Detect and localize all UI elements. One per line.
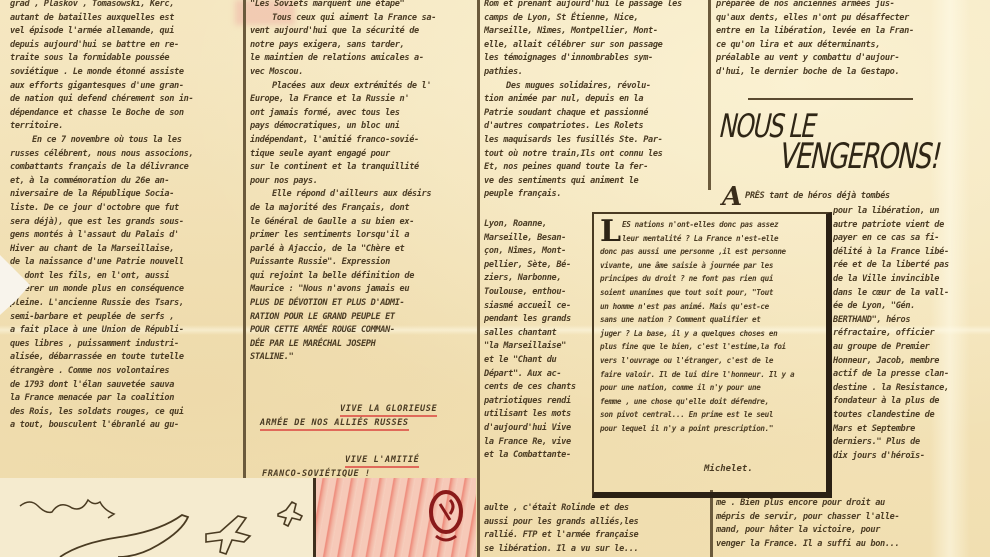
text-line: d'autres compatriotes. Les Rolets [484, 120, 706, 134]
text-line: de 1793 dont l'élan sauvetée sauva [10, 379, 242, 393]
column-4-text: préparée de nos anciennes armées jus-qu'… [716, 0, 926, 88]
text-line: DÉE PAR LE MARÉCHAL JOSEPH [250, 338, 475, 352]
column-rule [477, 0, 480, 557]
text-line: vec Moscou. [250, 66, 475, 80]
column-4-bottom-text: me . Bien plus encore pour droit aumépri… [716, 497, 931, 557]
text-line: ziers, Narbonne, [484, 272, 588, 286]
text-line: toutes clandestine de [833, 409, 958, 423]
text-line: "Les Soviets marquent une étape" [250, 0, 475, 12]
text-line: En ce 7 novembre où tous la les [10, 134, 242, 148]
text-line: femme , une chose qu'elle doit défendre, [600, 395, 822, 409]
text-line: Des mugues solidaires, révolu- [484, 80, 706, 94]
slogan-line: VIVE L'AMITIÉ [345, 455, 419, 468]
text-line: Rom et prenant aujourd'hui le passage le… [484, 0, 706, 12]
column-rule [708, 0, 711, 190]
headline-line-2: VENGERONS! [776, 137, 945, 178]
text-line: tique seule ayant engagé pour [250, 148, 475, 162]
text-line: pour nos pays. [250, 175, 475, 189]
text-line: sur le continent et la tranquillité [250, 161, 475, 175]
text-line: rée et de la liberté pas [833, 259, 958, 273]
column-3-narrow-text: Lyon, Roanne,Marseille, Besan-çon, Nîmes… [484, 218, 588, 478]
text-line: d'aujourd'hui Vive [484, 422, 588, 436]
text-line: au groupe de Premier [833, 341, 958, 355]
text-line: ques libres , puissamment industri- [10, 338, 242, 352]
text-line: PRÈS tant de héros déjà tombés [745, 190, 935, 204]
column-4-right-text: pour la libération, unautre patriote vie… [833, 205, 958, 490]
text-line: et, à la commémoration du 26e an- [10, 175, 242, 189]
text-line: la France menacée par la coalition [10, 392, 242, 406]
text-line: libérer un monde plus en conséquence [10, 283, 242, 297]
text-line: de la majorité des Français, dont [250, 202, 475, 216]
text-line: niversaire de la République Socia- [10, 188, 242, 202]
text-line: a tout, bousculent l'ébranlé au gu- [10, 419, 242, 433]
text-line: me . Bien plus encore pour droit au [716, 497, 931, 511]
text-line: préalable au vent y combattu d'aujour- [716, 52, 926, 66]
text-line: son pivot central... En prime est le seu… [600, 408, 822, 422]
column-3-bottom-text: aulte , c'était Rolinde et desaussi pour… [484, 502, 706, 557]
text-line: Placées aux deux extrémités de l' [250, 80, 475, 94]
text-line: elle, allait célébrer sur son passage [484, 39, 706, 53]
text-line: des Rois, les soldats rouges, ce qui [10, 406, 242, 420]
text-line: PLUS DE DÉVOTION ET PLUS D'ADMI- [250, 297, 475, 311]
text-line: les témoignages d'innombrables sym- [484, 52, 706, 66]
text-line: salles chantant [484, 327, 588, 341]
quote-text: ES nations n'ont-elles donc pas assezleu… [600, 218, 822, 458]
text-line: payer en ce cas sa fi- [833, 232, 958, 246]
quote-signature: Michelet. [704, 464, 753, 474]
text-line: autant de batailles auxquelles est [10, 12, 242, 26]
text-line: délité à la France libé- [833, 246, 958, 260]
text-line: derniers." Plus de [833, 436, 958, 450]
aircraft-drawing-icon [0, 478, 320, 557]
text-line: territoire. [10, 120, 242, 134]
intro-dropcap: A [722, 182, 742, 212]
text-line: "la Marseillaise" [484, 340, 588, 354]
text-line: indépendant, l'amitié franco-sovié- [250, 134, 475, 148]
text-line: dans le cœur de la vall- [833, 287, 958, 301]
hammer-sickle-emblem-icon [424, 486, 468, 546]
text-line: donc pas aussi une personne ,il est pers… [600, 245, 822, 259]
slogan-amitie: VIVE L'AMITIÉ [345, 455, 419, 465]
text-line: réfractaire, officier [833, 327, 958, 341]
text-line: le Général de Gaulle a su bien ex- [250, 216, 475, 230]
text-line: qui rejoint la belle définition de [250, 270, 475, 284]
text-line: se libération. Il a vu sur le... [484, 543, 706, 557]
text-line: STALINE." [250, 351, 475, 365]
text-line: Elle répond d'ailleurs aux désirs [250, 188, 475, 202]
column-rule [710, 490, 713, 557]
text-line: un homme n'est pas animé. Mais qu'est-ce [600, 300, 822, 314]
text-line: venger la France. Il a suffi au bon... [716, 538, 931, 552]
text-line: pays démocratiques, un bloc uni [250, 120, 475, 134]
intro-line: PRÈS tant de héros déjà tombés [745, 190, 935, 204]
text-line: autre patriote vient de [833, 219, 958, 233]
text-line: Marseille, Nîmes, Montpellier, Mont- [484, 25, 706, 39]
text-line: ée de Lyon, "Gén. [833, 300, 958, 314]
text-line: destine . la Resistance, [833, 382, 958, 396]
text-line: Patrie soudant chaque et passionné [484, 107, 706, 121]
text-line: Hiver au chant de la Marseillaise, [10, 243, 242, 257]
text-line: ce qu'on lira et aux déterminants, [716, 39, 926, 53]
text-line: soient unanimes que tout soit pour, "Tou… [600, 286, 822, 300]
text-line: depuis aujourd'hui se battre en re- [10, 39, 242, 53]
text-line: de la naissance d'une Patrie nouvell [10, 256, 242, 270]
text-line: Honneur, Jacob, membre [833, 355, 958, 369]
text-line: dix jours d'héroïs- [833, 450, 958, 464]
text-line: e, dont les fils, en l'ont, aussi [10, 270, 242, 284]
text-line: mépris de servir, pour chasser l'alle- [716, 511, 931, 525]
text-line: BERTHAND", héros [833, 314, 958, 328]
text-line: Mars et Septembre [833, 423, 958, 437]
text-line: ES nations n'ont-elles donc pas assez [600, 218, 822, 232]
column-1-text: grad , Plaskov , Tomasowski, Kerc,autant… [10, 0, 242, 483]
text-line: sera déjà), que est les grands sous- [10, 216, 242, 230]
text-line: aussi pour les grands alliés,les [484, 516, 706, 530]
text-line: faire valoir. Il de lui dire l'honneur. … [600, 368, 822, 382]
text-line: sans une nation ? Comment qualifier et [600, 313, 822, 327]
text-line: primer les sentiments lorsqu'il a [250, 229, 475, 243]
text-line: russes célébrent, nous nous associons, [10, 148, 242, 162]
text-line: siasmé accueil ce- [484, 300, 588, 314]
text-line: préparée de nos anciennes armées jus- [716, 0, 926, 12]
slogan-glorieuse-armee-2: ARMÉE DE NOS ALLIÉS RUSSES [260, 418, 409, 428]
text-line: camps de Lyon, St Étienne, Nice, [484, 12, 706, 26]
text-line: Tous ceux qui aiment la France sa- [250, 12, 475, 26]
text-line: de la Ville invincible [833, 273, 958, 287]
text-line: a fait place à une Union de Républi- [10, 324, 242, 338]
text-line: la France Re, vive [484, 436, 588, 450]
text-line: principes du droit ? ne font pas rien qu… [600, 272, 822, 286]
text-line: soviétique . Le monde étonné assiste [10, 66, 242, 80]
text-line: vel épisode l'armée allemande, qui [10, 25, 242, 39]
column-rule [243, 0, 246, 478]
text-line: pellier, Sète, Bé- [484, 259, 588, 273]
slogan-glorieuse-armee: VIVE LA GLORIEUSE [340, 404, 437, 414]
slogan-line: ARMÉE DE NOS ALLIÉS RUSSES [260, 418, 409, 431]
text-line: actif de la presse clan- [833, 368, 958, 382]
column-2-text: "Les Soviets marquent une étape"Tous ceu… [250, 0, 475, 373]
text-line: grad , Plaskov , Tomasowski, Kerc, [10, 0, 242, 12]
text-line: d'hui, le dernier boche de la Gestapo. [716, 66, 926, 80]
text-line: notre pays exigera, sans tarder, [250, 39, 475, 53]
text-line: juger ? La base, il y a quelques choses … [600, 327, 822, 341]
text-line: çon, Nîmes, Mont- [484, 245, 588, 259]
text-line: étrangère . Comme nos volontaires [10, 365, 242, 379]
text-line: aulte , c'était Rolinde et des [484, 502, 706, 516]
text-line: gens montés à l'assaut du Palais d' [10, 229, 242, 243]
text-line: qu'aux dents, elles n'ont pu désaffecter [716, 12, 926, 26]
text-line: le maintien de relations amicales a- [250, 52, 475, 66]
text-line: patriotiques rendi [484, 395, 588, 409]
text-line: ve des sentiments qui animent le [484, 175, 706, 189]
text-line: RATION POUR LE GRAND PEUPLE ET [250, 311, 475, 325]
text-line: pour la libération, un [833, 205, 958, 219]
text-line: cents de ces chants [484, 381, 588, 395]
text-line: et le "Chant du [484, 354, 588, 368]
text-line: Marseille, Besan- [484, 232, 588, 246]
text-line: fondateur à la plus de [833, 395, 958, 409]
text-line: alisée, débarrassée en toute tutelle [10, 351, 242, 365]
slogan-line: VIVE LA GLORIEUSE [340, 404, 437, 417]
text-line: Départ". Aux ac- [484, 368, 588, 382]
text-line: peuple français. [484, 188, 706, 202]
text-line: vivante, une âme saisie à journée par le… [600, 259, 822, 273]
text-line: tion animée par nul, depuis en la [484, 93, 706, 107]
text-line: pour lequel il n'y a point prescription.… [600, 422, 822, 436]
text-line: Maurice : "Nous n'avons jamais eu [250, 283, 475, 297]
text-line: leur mentalité ? La France n'est-elle [600, 232, 822, 246]
text-line: POUR CETTE ARMÉE ROUGE COMMAN- [250, 324, 475, 338]
text-line: entre en la libération, levée en la Fran… [716, 25, 926, 39]
text-line: et la Combattante- [484, 449, 588, 463]
text-line: pour une nation, comme il n'y pour une [600, 381, 822, 395]
text-line: traite sous la formidable poussée [10, 52, 242, 66]
text-line: mand, pour hâter la victoire, pour [716, 524, 931, 538]
text-line: Toulouse, enthou- [484, 286, 588, 300]
text-line: Europe, la France et la Russie n' [250, 93, 475, 107]
text-line: utilisant les mots [484, 408, 588, 422]
text-line: pathies. [484, 66, 706, 80]
text-line: Puissante Russie". Expression [250, 256, 475, 270]
text-line: vent aujourd'hui que la sécurité de [250, 25, 475, 39]
text-line: parlé à Ajaccio, de la "Chère et [250, 243, 475, 257]
text-line: liste. De ce jour d'octobre que fut [10, 202, 242, 216]
text-line: Lyon, Roanne, [484, 218, 588, 232]
column-3-text: Rom et prenant aujourd'hui le passage le… [484, 0, 706, 208]
headline-rule [748, 98, 913, 100]
text-line: rallié. FTP et l'armée française [484, 529, 706, 543]
text-line: de nation qui defend chérement son in- [10, 93, 242, 107]
text-line: aux efforts gigantesques d'une gran- [10, 80, 242, 94]
text-line: ont jamais formé, avec tous les [250, 107, 475, 121]
text-line: les maquisards les fusillés Ste. Par- [484, 134, 706, 148]
text-line: pleine. L'ancienne Russie des Tsars, [10, 297, 242, 311]
text-line: semi-barbare et peuplée de serfs , [10, 311, 242, 325]
text-line: vers l'ouvrage ou l'étranger, c'est de l… [600, 354, 822, 368]
quote-box: L ES nations n'ont-elles donc pas assezl… [592, 212, 832, 498]
text-line: plus fine que le bien, c'est l'estime,la… [600, 340, 822, 354]
text-line: pendant les grands [484, 313, 588, 327]
text-line: combattants français de la délivrance [10, 161, 242, 175]
text-line: tout où notre train,Ils ont connu les [484, 148, 706, 162]
text-line: dépendance et chasse le Boche de son [10, 107, 242, 121]
illustration-aircraft [0, 478, 320, 557]
text-line: Et, nos peines quand toute la fer- [484, 161, 706, 175]
